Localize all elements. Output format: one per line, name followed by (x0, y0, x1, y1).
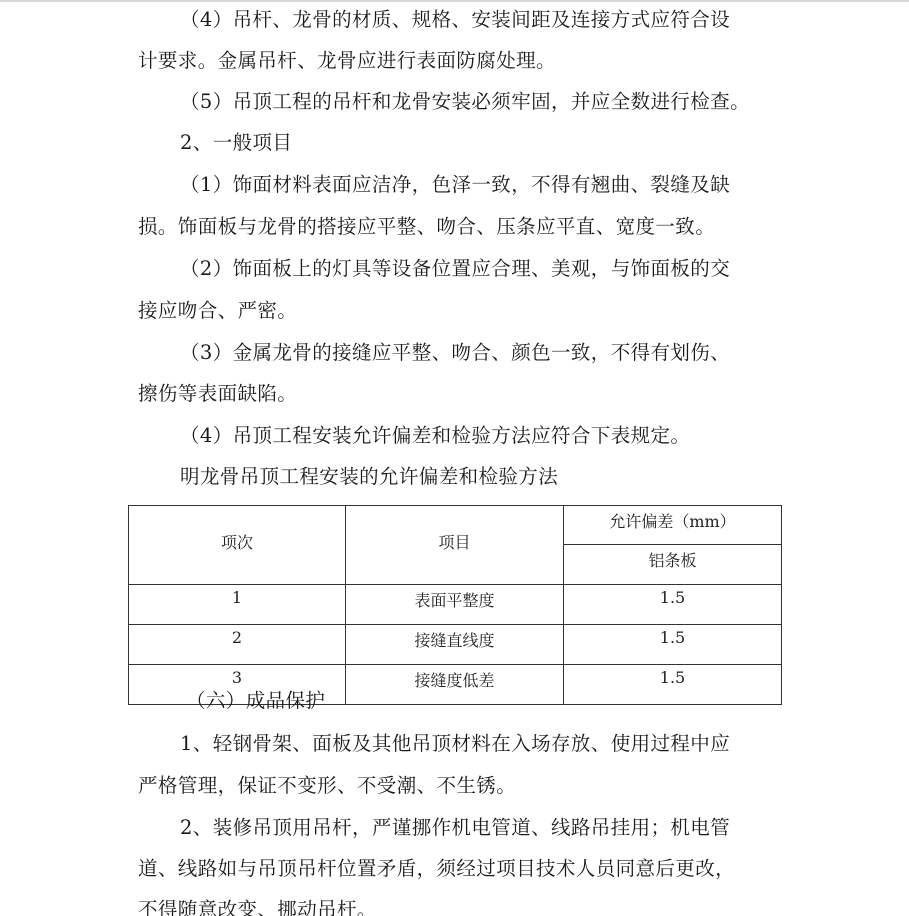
cell-value: 1.5 (564, 625, 782, 665)
section-heading: （六）成品保护 (186, 689, 826, 713)
table-header-row: 项次 项目 允许偏差（mm） (129, 506, 782, 545)
cell-no: 1 (129, 585, 346, 625)
paragraph-line: 不得随意改变、挪动吊杆。 (138, 898, 778, 916)
paragraph-line: 损。饰面板与龙骨的搭接应平整、吻合、压条应平直、宽度一致。 (138, 215, 778, 239)
table-row: 2 接缝直线度 1.5 (129, 625, 782, 665)
cell-no: 2 (129, 625, 346, 665)
paragraph-line: （4）吊杆、龙骨的材质、规格、安装间距及连接方式应符合设 (180, 8, 820, 32)
tolerance-table: 项次 项目 允许偏差（mm） 铝条板 1 表面平整度 1.5 2 接缝直线度 1… (128, 505, 782, 705)
page-top-edge (0, 0, 909, 2)
header-tolerance-group: 允许偏差（mm） (564, 506, 782, 545)
paragraph-line: （2）饰面板上的灯具等设备位置应合理、美观，与饰面板的交 (180, 257, 820, 281)
cell-value: 1.5 (564, 585, 782, 625)
paragraph-line: 计要求。金属吊杆、龙骨应进行表面防腐处理。 (138, 49, 778, 73)
section-heading: 2、一般项目 (180, 131, 820, 155)
header-item: 项目 (346, 506, 564, 585)
paragraph-line: 擦伤等表面缺陷。 (138, 382, 778, 406)
table-row: 1 表面平整度 1.5 (129, 585, 782, 625)
cell-item: 接缝直线度 (346, 625, 564, 665)
paragraph-line: （3）金属龙骨的接缝应平整、吻合、颜色一致，不得有划伤、 (180, 341, 820, 365)
paragraph-line: （1）饰面材料表面应洁净，色泽一致，不得有翘曲、裂缝及缺 (180, 173, 820, 197)
paragraph-line: 严格管理，保证不变形、不受潮、不生锈。 (138, 774, 778, 798)
paragraph-line: 接应吻合、严密。 (138, 299, 778, 323)
header-item-no: 项次 (129, 506, 346, 585)
table-caption: 明龙骨吊顶工程安装的允许偏差和检验方法 (180, 465, 820, 489)
paragraph-line: 道、线路如与吊顶吊杆位置矛盾，须经过项目技术人员同意后更改， (138, 857, 778, 881)
cell-item: 表面平整度 (346, 585, 564, 625)
paragraph-line: （4）吊顶工程安装允许偏差和检验方法应符合下表规定。 (180, 424, 820, 448)
paragraph-line: 1、轻钢骨架、面板及其他吊顶材料在入场存放、使用过程中应 (180, 732, 820, 756)
paragraph-line: 2、装修吊顶用吊杆，严谨挪作机电管道、线路吊挂用；机电管 (180, 816, 820, 840)
paragraph-line: （5）吊顶工程的吊杆和龙骨安装必须牢固，并应全数进行检查。 (180, 90, 820, 114)
header-aluminum-strip: 铝条板 (564, 545, 782, 585)
